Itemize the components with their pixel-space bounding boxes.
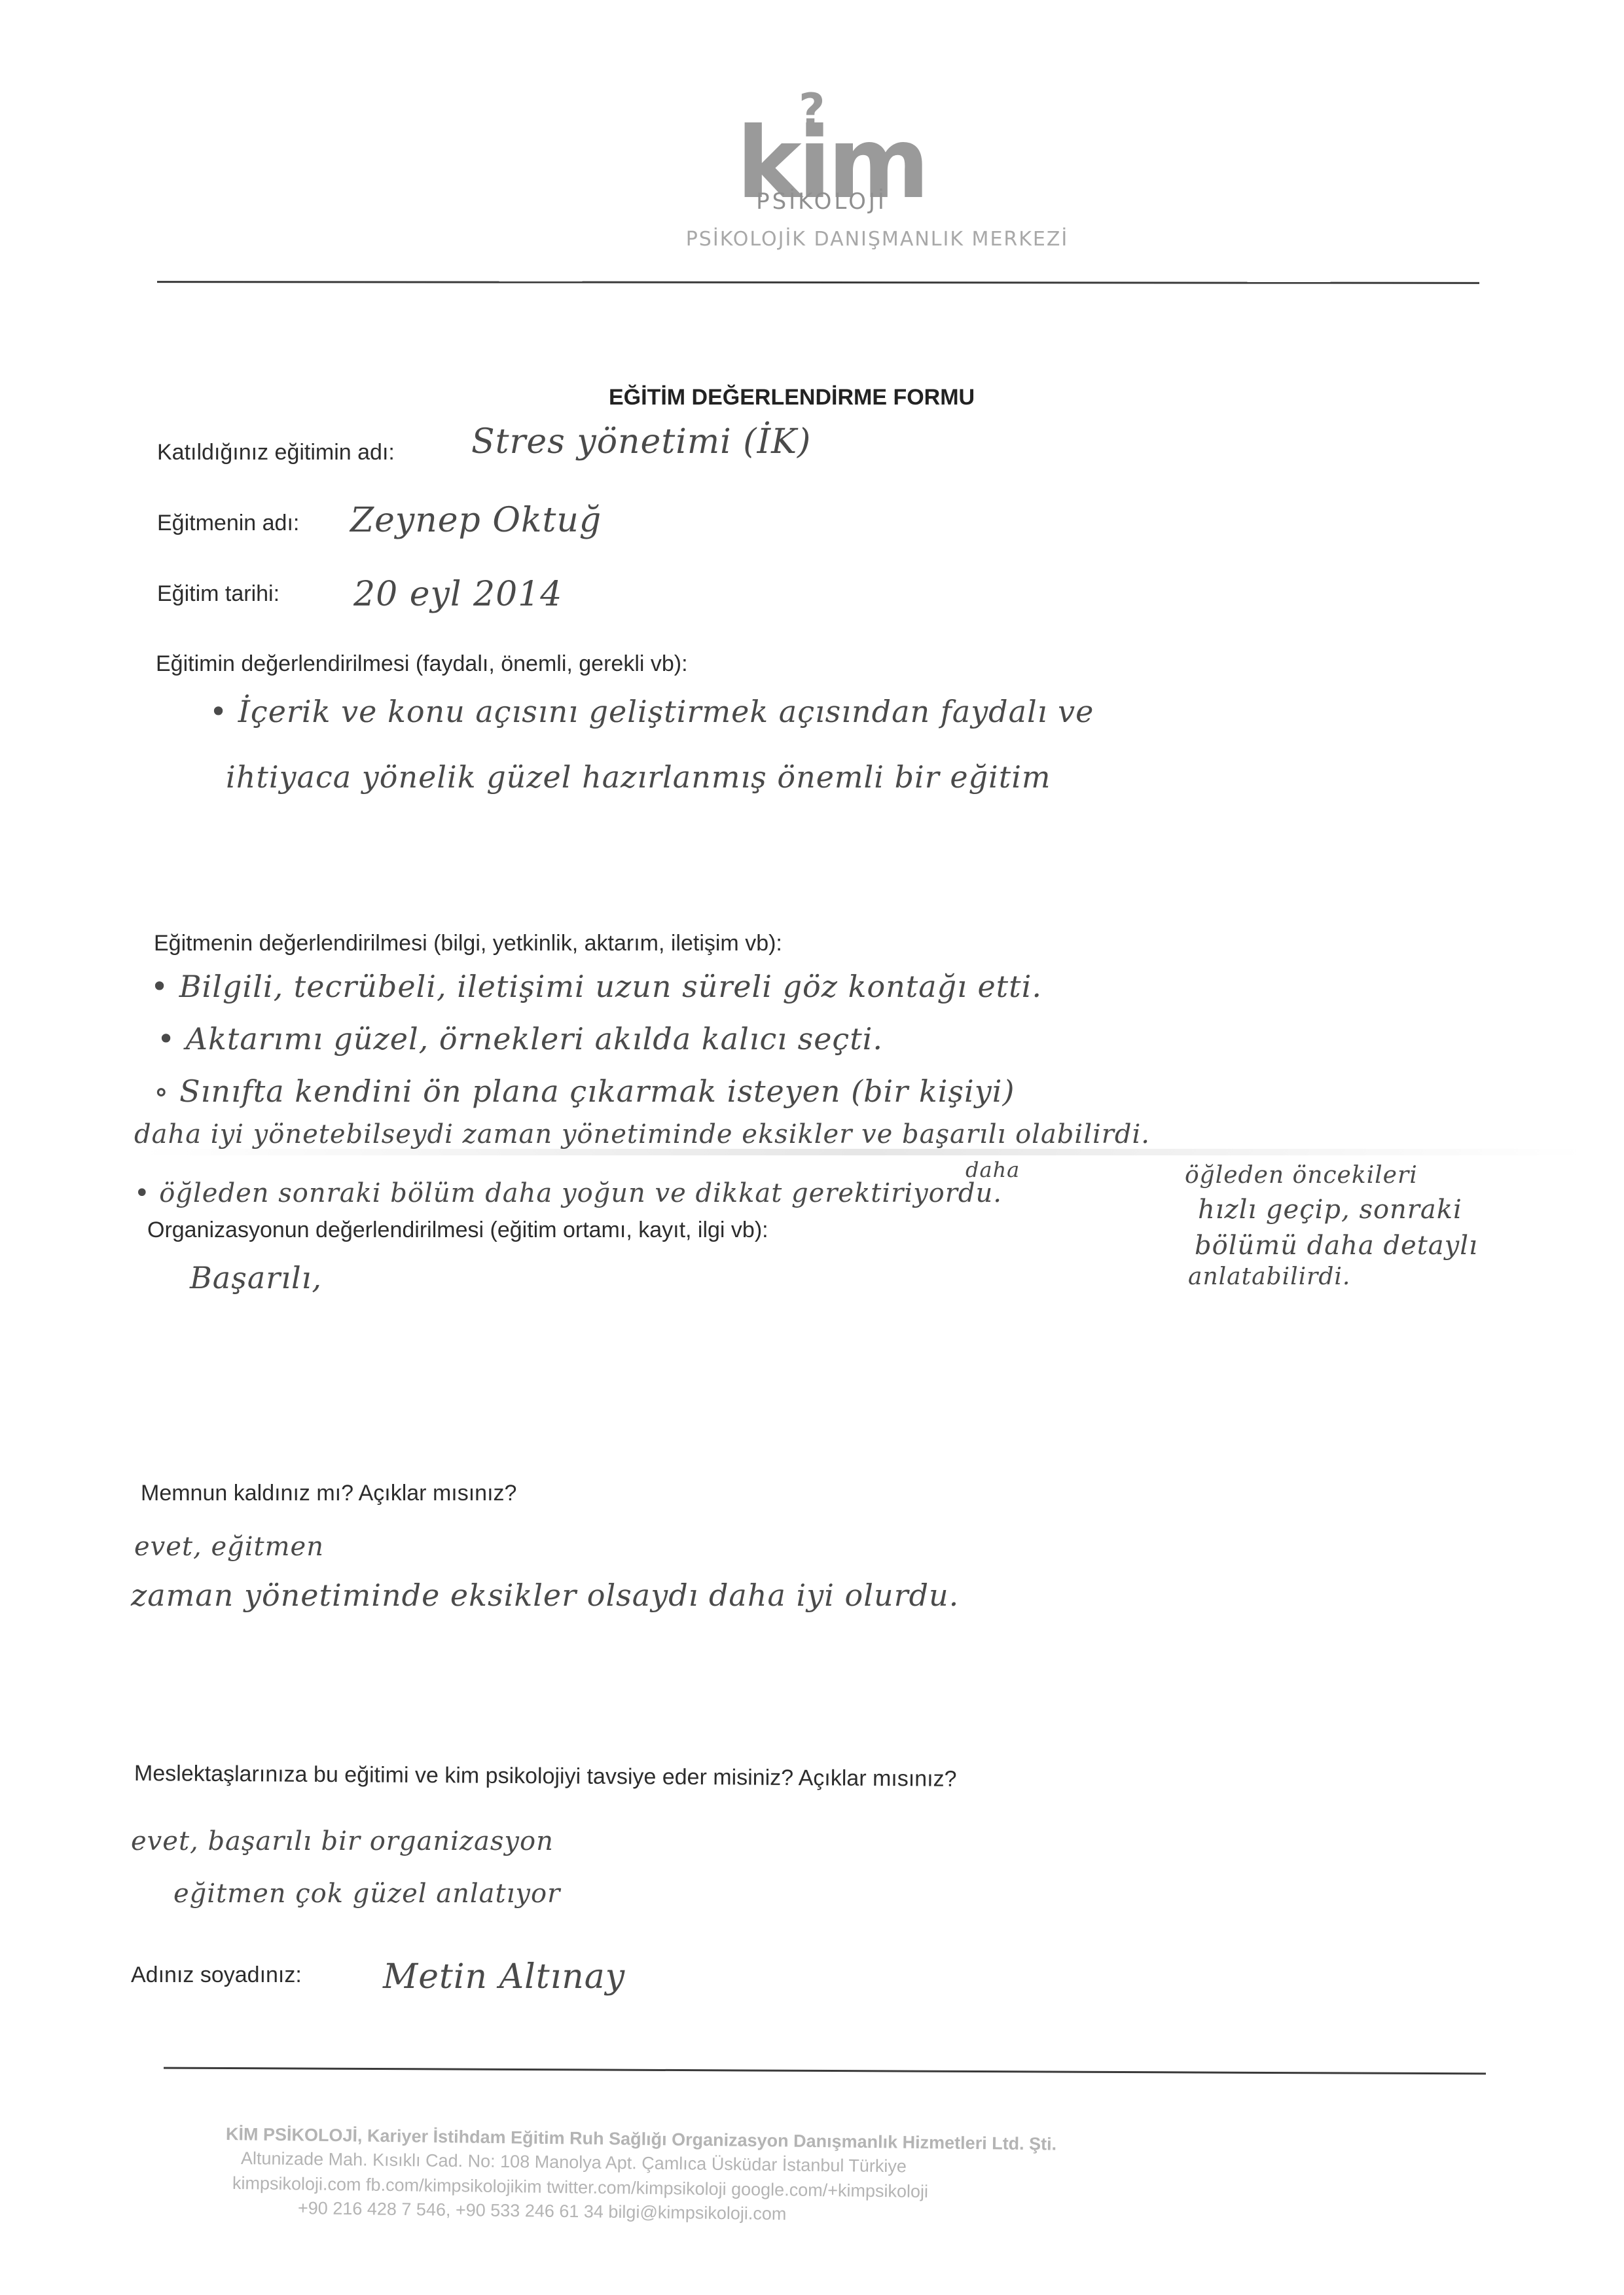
satisfaction-label: Memnun kaldınız mı? Açıklar mısınız? (141, 1481, 516, 1506)
trainer-evaluation-line[interactable]: • öğleden sonraki bölüm daha yoğun ve di… (134, 1178, 1002, 1208)
footer-web: kimpsikoloji.com fb.com/kimpsikolojikim … (232, 2173, 928, 2202)
header-divider (157, 281, 1479, 284)
satisfaction-line[interactable]: zaman yönetiminde eksikler olsaydı daha … (131, 1578, 959, 1613)
training-name-field[interactable]: Stres yönetimi (İK) (471, 422, 811, 461)
recommendation-line[interactable]: evet, başarılı bir organizasyon (131, 1826, 554, 1856)
training-evaluation-line[interactable]: ihtiyaca yönelik güzel hazırlanmış öneml… (226, 759, 1051, 795)
recommendation-label: Meslektaşlarınıza bu eğitimi ve kim psik… (134, 1761, 957, 1792)
side-note-line: bölümü daha detaylı (1195, 1231, 1478, 1261)
side-note-line: hızlı geçip, sonraki (1198, 1195, 1462, 1225)
training-date-field[interactable]: 20 eyl 2014 (353, 575, 562, 614)
training-name-label: Katıldığınız eğitimin adı: (157, 440, 395, 465)
satisfaction-line[interactable]: evet, eğitmen (134, 1532, 324, 1562)
training-evaluation-line[interactable]: • İçerik ve konu açısını geliştirmek açı… (209, 694, 1094, 729)
logo-psikoloji: PSİKOLOJİ (727, 189, 916, 215)
footer-address: Altunizade Mah. Kısıklı Cad. No: 108 Man… (241, 2148, 907, 2177)
trainer-evaluation-line[interactable]: ∘ Sınıfta kendini ön plana çıkarmak iste… (154, 1074, 1015, 1109)
trainer-name-field[interactable]: Zeynep Oktuğ (350, 501, 602, 540)
organization-evaluation-field[interactable]: Başarılı, (190, 1260, 322, 1295)
training-date-label: Eğitim tarihi: (157, 581, 280, 607)
side-note-line: öğleden öncekileri (1185, 1162, 1418, 1189)
training-evaluation-label: Eğitimin değerlendirilmesi (faydalı, öne… (156, 651, 688, 677)
trainer-evaluation-line[interactable]: daha iyi yönetebilseydi zaman yönetimind… (134, 1119, 1150, 1149)
header-subtitle: PSİKOLOJİK DANIŞMANLIK MERKEZİ (589, 228, 1165, 251)
paper-fold-smudge (144, 1149, 1584, 1155)
full-name-label: Adınız soyadınız: (131, 1962, 302, 1988)
side-note-line: anlatabilirdi. (1188, 1263, 1350, 1290)
recommendation-line[interactable]: eğitmen çok güzel anlatıyor (173, 1879, 560, 1909)
trainer-evaluation-line[interactable]: • Aktarımı güzel, örnekleri akılda kalıc… (157, 1021, 883, 1057)
footer-contact: +90 216 428 7 546, +90 533 246 61 34 bil… (298, 2198, 787, 2224)
full-name-field[interactable]: Metin Altınay (383, 1957, 625, 1997)
organization-evaluation-label: Organizasyonun değerlendirilmesi (eğitim… (147, 1218, 768, 1243)
trainer-name-label: Eğitmenin adı: (157, 511, 299, 536)
footer-divider (164, 2067, 1486, 2075)
trainer-evaluation-line[interactable]: • Bilgili, tecrübeli, iletişimi uzun sür… (151, 969, 1042, 1004)
trainer-evaluation-label: Eğitmenin değerlendirilmesi (bilgi, yetk… (154, 931, 782, 956)
form-title: EĞİTİM DEĞERLENDİRME FORMU (609, 385, 975, 410)
